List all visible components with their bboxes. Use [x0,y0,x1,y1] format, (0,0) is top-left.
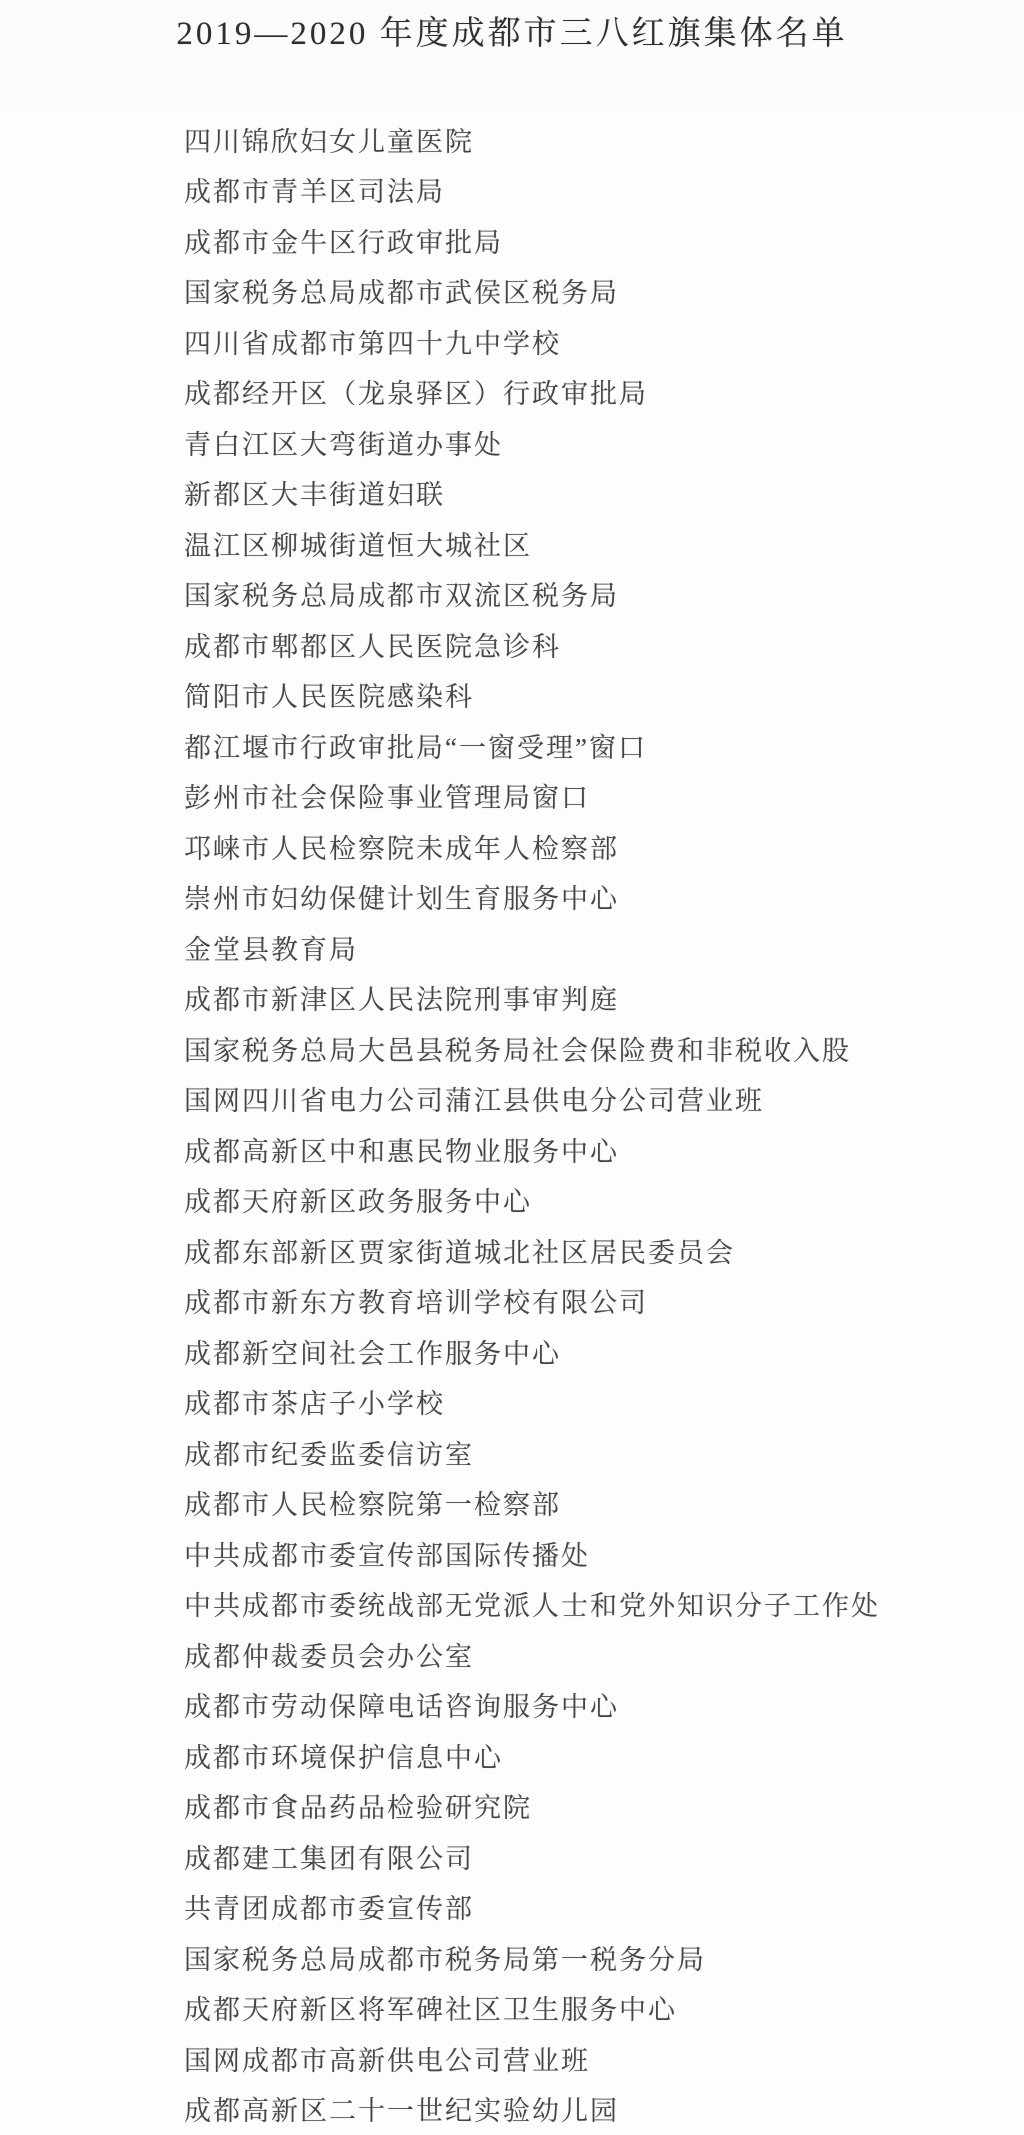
list-item: 成都市青羊区司法局 [184,165,984,216]
list-item: 青白江区大弯街道办事处 [184,417,984,468]
list-item: 四川省成都市第四十九中学校 [184,316,984,367]
page-title: 2019—2020 年度成都市三八红旗集体名单 [0,14,1024,54]
list-item: 成都天府新区政务服务中心 [184,1175,984,1226]
list-item: 成都新空间社会工作服务中心 [184,1326,984,1377]
list-item: 国家税务总局成都市税务局第一税务分局 [184,1932,984,1983]
list-item: 国家税务总局成都市双流区税务局 [184,569,984,620]
list-item: 成都仲裁委员会办公室 [184,1629,984,1680]
list-item: 金堂县教育局 [184,922,984,973]
list-item: 共青团成都市委宣传部 [184,1882,984,1933]
list-item: 邛崃市人民检察院未成年人检察部 [184,821,984,872]
list-item: 四川锦欣妇女儿童医院 [184,114,984,165]
list-item: 新都区大丰街道妇联 [184,468,984,519]
list-item: 简阳市人民医院感染科 [184,670,984,721]
list-item: 成都高新区中和惠民物业服务中心 [184,1124,984,1175]
list-item: 温江区柳城街道恒大城社区 [184,518,984,569]
list-item: 成都市金牛区行政审批局 [184,215,984,266]
list-item: 成都市环境保护信息中心 [184,1730,984,1781]
list-item: 崇州市妇幼保健计划生育服务中心 [184,872,984,923]
list-item: 成都天府新区将军碑社区卫生服务中心 [184,1983,984,2034]
list-item: 彭州市社会保险事业管理局窗口 [184,771,984,822]
list-item: 中共成都市委统战部无党派人士和党外知识分子工作处 [184,1579,984,1630]
list-item: 成都市新东方教育培训学校有限公司 [184,1276,984,1327]
list-item: 成都东部新区贾家街道城北社区居民委员会 [184,1225,984,1276]
list-item: 成都市人民检察院第一检察部 [184,1478,984,1529]
list-item: 成都市食品药品检验研究院 [184,1781,984,1832]
list-item: 成都经开区（龙泉驿区）行政审批局 [184,367,984,418]
document-page: 2019—2020 年度成都市三八红旗集体名单 四川锦欣妇女儿童医院成都市青羊区… [0,0,1024,2135]
list-item: 成都高新区二十一世纪实验幼儿园 [184,2084,984,2135]
list-item: 国家税务总局成都市武侯区税务局 [184,266,984,317]
list-item: 国家税务总局大邑县税务局社会保险费和非税收入股 [184,1023,984,1074]
list-item: 中共成都市委宣传部国际传播处 [184,1528,984,1579]
list-item: 成都市茶店子小学校 [184,1377,984,1428]
list-item: 都江堰市行政审批局“一窗受理”窗口 [184,720,984,771]
list-item: 成都市纪委监委信访室 [184,1427,984,1478]
list-item: 国网四川省电力公司蒲江县供电分公司营业班 [184,1074,984,1125]
list-item: 成都市郫都区人民医院急诊科 [184,619,984,670]
award-list: 四川锦欣妇女儿童医院成都市青羊区司法局成都市金牛区行政审批局国家税务总局成都市武… [184,114,984,2134]
list-item: 成都建工集团有限公司 [184,1831,984,1882]
list-item: 国网成都市高新供电公司营业班 [184,2033,984,2084]
list-item: 成都市劳动保障电话咨询服务中心 [184,1680,984,1731]
list-item: 成都市新津区人民法院刑事审判庭 [184,973,984,1024]
